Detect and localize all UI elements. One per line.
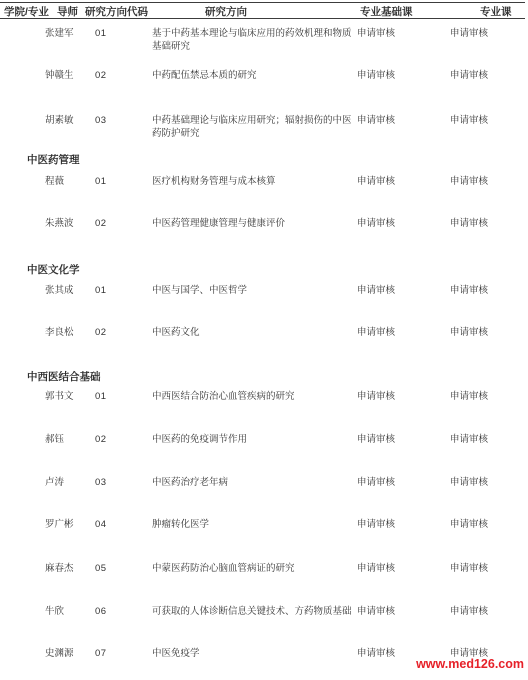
major-course-status: 申请审核 xyxy=(450,327,488,340)
research-direction: 中蒙医药防治心脑血管病证的研究 xyxy=(152,563,355,576)
tutor-name: 程薇 xyxy=(45,176,64,189)
direction-code: 06 xyxy=(95,606,107,619)
research-direction: 中药配伍禁忌本质的研究 xyxy=(152,70,355,83)
header-top-rule xyxy=(0,2,525,3)
research-direction: 中医药治疗老年病 xyxy=(152,477,355,490)
direction-code: 02 xyxy=(95,218,107,231)
basic-course-status: 申请审核 xyxy=(357,519,395,532)
major-course-status: 申请审核 xyxy=(450,606,488,619)
research-direction: 中医药文化 xyxy=(152,327,355,340)
section-title: 中西医结合基础 xyxy=(27,369,101,384)
major-course-status: 申请审核 xyxy=(450,434,488,447)
research-direction: 中医与国学、中医哲学 xyxy=(152,285,355,298)
research-direction: 肿瘤转化医学 xyxy=(152,519,355,532)
section-title: 中医文化学 xyxy=(27,262,80,277)
basic-course-status: 申请审核 xyxy=(357,648,395,661)
major-course-status: 申请审核 xyxy=(450,70,488,83)
direction-code: 03 xyxy=(95,477,107,490)
header-bottom-rule xyxy=(0,18,525,19)
direction-code: 05 xyxy=(95,563,107,576)
research-direction: 医疗机构财务管理与成本核算 xyxy=(152,176,355,189)
research-direction: 可获取的人体诊断信息关键技术、方药物质基础 xyxy=(152,606,355,619)
basic-course-status: 申请审核 xyxy=(357,28,395,41)
basic-course-status: 申请审核 xyxy=(357,285,395,298)
direction-code: 01 xyxy=(95,28,107,41)
section-title: 中医药管理 xyxy=(27,152,80,167)
basic-course-status: 申请审核 xyxy=(357,218,395,231)
tutor-name: 郝钰 xyxy=(45,434,64,447)
research-direction: 中医药的免疫调节作用 xyxy=(152,434,355,447)
tutor-directions-page: 学院/专业 导师 研究方向代码 研究方向 专业基础课 专业课 张建军 01 基于… xyxy=(0,0,528,680)
watermark-link[interactable]: www.med126.com xyxy=(416,657,524,671)
header-tutor-label: 导师 xyxy=(57,4,78,19)
basic-course-status: 申请审核 xyxy=(357,606,395,619)
research-direction: 基于中药基本理论与临床应用的药效机理和物质基础研究 xyxy=(152,28,355,53)
major-course-status: 申请审核 xyxy=(450,519,488,532)
major-course-status: 申请审核 xyxy=(450,391,488,404)
tutor-name: 朱燕波 xyxy=(45,218,74,231)
tutor-name: 钟赣生 xyxy=(45,70,74,83)
direction-code: 02 xyxy=(95,434,107,447)
tutor-name: 牛欣 xyxy=(45,606,64,619)
direction-code: 02 xyxy=(95,70,107,83)
research-direction: 中西医结合防治心血管疾病的研究 xyxy=(152,391,355,404)
basic-course-status: 申请审核 xyxy=(357,434,395,447)
direction-code: 07 xyxy=(95,648,107,661)
direction-code: 02 xyxy=(95,327,107,340)
tutor-name: 史渊源 xyxy=(45,648,74,661)
basic-course-status: 申请审核 xyxy=(357,563,395,576)
direction-code: 01 xyxy=(95,391,107,404)
tutor-name: 张其成 xyxy=(45,285,74,298)
tutor-name: 李良松 xyxy=(45,327,74,340)
major-course-status: 申请审核 xyxy=(450,115,488,128)
basic-course-status: 申请审核 xyxy=(357,70,395,83)
tutor-name: 胡素敏 xyxy=(45,115,74,128)
header-college-label: 学院/专业 xyxy=(4,4,49,19)
major-course-status: 申请审核 xyxy=(450,176,488,189)
direction-code: 03 xyxy=(95,115,107,128)
research-direction: 中医药管理健康管理与健康评价 xyxy=(152,218,355,231)
header-basic-course-label: 专业基础课 xyxy=(360,4,413,19)
tutor-name: 张建军 xyxy=(45,28,74,41)
basic-course-status: 申请审核 xyxy=(357,176,395,189)
basic-course-status: 申请审核 xyxy=(357,391,395,404)
direction-code: 04 xyxy=(95,519,107,532)
major-course-status: 申请审核 xyxy=(450,218,488,231)
direction-code: 01 xyxy=(95,285,107,298)
tutor-name: 罗广彬 xyxy=(45,519,74,532)
major-course-status: 申请审核 xyxy=(450,285,488,298)
header-direction-code-label: 研究方向代码 xyxy=(85,4,148,19)
research-direction: 中药基础理论与临床应用研究；辐射损伤的中医药防护研究 xyxy=(152,115,355,140)
header-major-course-label: 专业课 xyxy=(480,4,512,19)
major-course-status: 申请审核 xyxy=(450,563,488,576)
research-direction: 中医免疫学 xyxy=(152,648,355,661)
basic-course-status: 申请审核 xyxy=(357,477,395,490)
tutor-name: 麻春杰 xyxy=(45,563,74,576)
tutor-name: 卢涛 xyxy=(45,477,64,490)
basic-course-status: 申请审核 xyxy=(357,327,395,340)
tutor-name: 郭书文 xyxy=(45,391,74,404)
major-course-status: 申请审核 xyxy=(450,28,488,41)
major-course-status: 申请审核 xyxy=(450,477,488,490)
header-direction-label: 研究方向 xyxy=(205,4,247,19)
direction-code: 01 xyxy=(95,176,107,189)
basic-course-status: 申请审核 xyxy=(357,115,395,128)
